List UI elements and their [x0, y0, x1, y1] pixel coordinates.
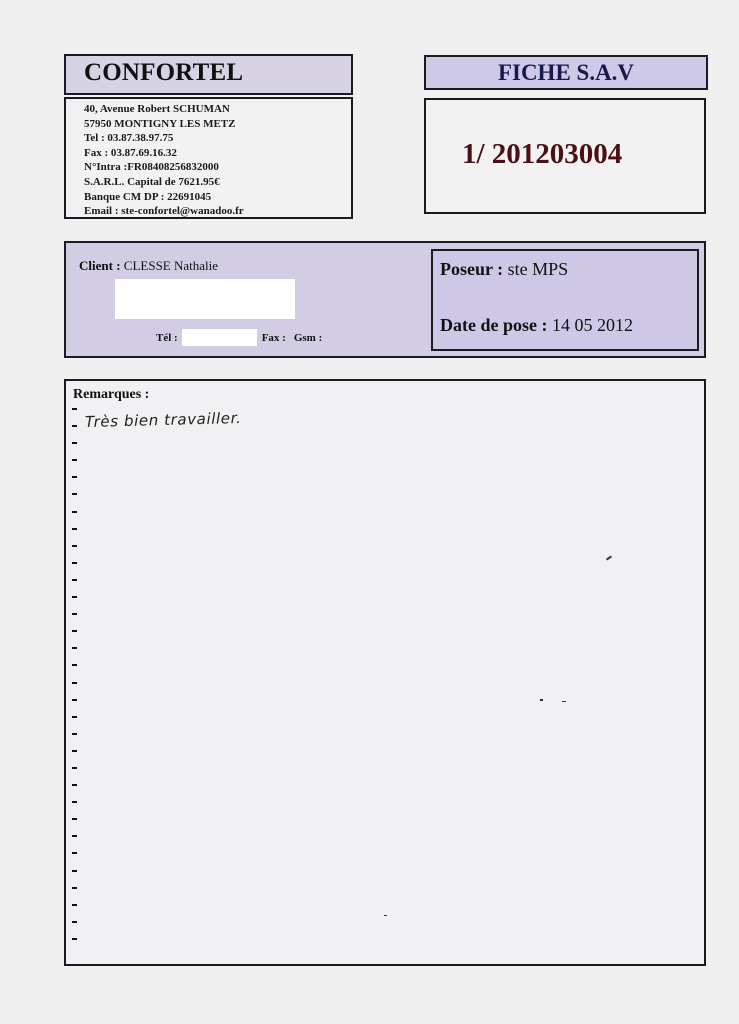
line-marker-dash [72, 921, 77, 923]
line-marker-dash [72, 545, 77, 547]
line-marker-dash [72, 870, 77, 872]
poseur-value: ste MPS [508, 259, 569, 279]
tel-label: Tél : [156, 332, 178, 344]
line-marker-dash [72, 630, 77, 632]
line-marker-dash [72, 938, 77, 940]
remarks-line-markers [72, 408, 77, 955]
line-marker-dash [72, 493, 77, 495]
line-marker-dash [72, 613, 77, 615]
line-marker-dash [72, 733, 77, 735]
line-marker-dash [72, 904, 77, 906]
line-marker-dash [72, 818, 77, 820]
line-marker-dash [72, 682, 77, 684]
company-fax: Fax : 03.87.69.16.32 [84, 146, 244, 161]
line-marker-dash [72, 425, 77, 427]
remarks-label: Remarques : [73, 387, 149, 403]
line-marker-dash [72, 750, 77, 752]
client-label: Client : [79, 258, 121, 273]
scan-speck [606, 555, 612, 560]
line-marker-dash [72, 562, 77, 564]
company-capital: S.A.R.L. Capital de 7621.95€ [84, 175, 244, 190]
line-marker-dash [72, 852, 77, 854]
fax-label: Fax : [262, 332, 286, 344]
company-city: 57950 MONTIGNY LES METZ [84, 117, 244, 132]
pose-panel: Poseur : ste MPS Date de pose : 14 05 20… [431, 249, 699, 351]
remarks-panel: Remarques : Très bien travailler. [64, 379, 706, 966]
line-marker-dash [72, 579, 77, 581]
date-label: Date de pose : [440, 315, 547, 335]
client-contact-row: Tél : Fax : Gsm : [156, 329, 322, 346]
company-info-lines: 40, Avenue Robert SCHUMAN 57950 MONTIGNY… [84, 102, 244, 219]
line-marker-dash [72, 528, 77, 530]
tel-value-redacted [182, 329, 257, 346]
client-name: CLESSE Nathalie [124, 258, 218, 273]
poseur-line: Poseur : ste MPS [440, 259, 568, 280]
line-marker-dash [72, 459, 77, 461]
scan-speck [562, 701, 566, 702]
line-marker-dash [72, 664, 77, 666]
line-marker-dash [72, 835, 77, 837]
company-email: Email : ste-confortel@wanadoo.fr [84, 204, 244, 219]
fiche-header: FICHE S.A.V [424, 55, 708, 90]
scan-speck [540, 699, 543, 701]
company-info-panel: 40, Avenue Robert SCHUMAN 57950 MONTIGNY… [64, 97, 353, 219]
client-line: Client : CLESSE Nathalie [79, 258, 218, 274]
line-marker-dash [72, 801, 77, 803]
company-name: CONFORTEL [84, 59, 243, 87]
line-marker-dash [72, 767, 77, 769]
client-address-redacted [115, 279, 295, 319]
line-marker-dash [72, 596, 77, 598]
company-address: 40, Avenue Robert SCHUMAN [84, 102, 244, 117]
poseur-label: Poseur : [440, 259, 503, 279]
line-marker-dash [72, 647, 77, 649]
fiche-number-panel: 1/ 201203004 [424, 98, 706, 214]
company-header: CONFORTEL [64, 54, 353, 95]
line-marker-dash [72, 716, 77, 718]
date-line: Date de pose : 14 05 2012 [440, 315, 633, 336]
fiche-number: 1/ 201203004 [462, 138, 622, 171]
company-bank: Banque CM DP : 22691045 [84, 190, 244, 205]
fiche-title: FICHE S.A.V [426, 60, 706, 86]
line-marker-dash [72, 887, 77, 889]
line-marker-dash [72, 511, 77, 513]
line-marker-dash [72, 699, 77, 701]
scan-speck [384, 915, 387, 916]
line-marker-dash [72, 408, 77, 410]
line-marker-dash [72, 784, 77, 786]
date-value: 14 05 2012 [552, 315, 633, 335]
line-marker-dash [72, 442, 77, 444]
company-phone: Tel : 03.87.38.97.75 [84, 131, 244, 146]
handwritten-remark: Très bien travailler. [85, 409, 242, 431]
company-vat: N°Intra :FR08408256832000 [84, 160, 244, 175]
gsm-label: Gsm : [294, 332, 322, 344]
line-marker-dash [72, 476, 77, 478]
